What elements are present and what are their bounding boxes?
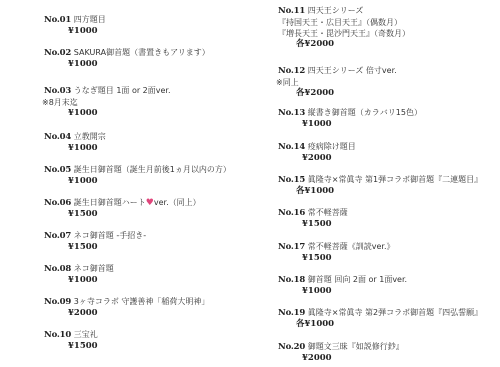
item-number: No.08 [44,264,71,274]
item-price: ¥1500 [278,219,348,230]
item-number: No.17 [278,242,305,252]
list-item: No.12 四天王シリーズ 倍寸ver. ※同上 各¥2000 [278,65,397,99]
list-item: No.17 常不軽菩薩《訓読ver.》 ¥1500 [278,241,395,264]
list-item: No.11 四天王シリーズ 『持国天王・広目天王』（偶数月） 『増長天王・毘沙門… [278,5,410,50]
item-number: No.03 [44,86,71,96]
item-price: ¥2000 [278,353,404,364]
list-item: No.13 縦書き御首題（カラバリ15色） ¥1000 [278,107,422,130]
item-number: No.10 [44,330,71,340]
item-number: No.11 [278,6,305,16]
item-price: ¥2000 [44,308,209,319]
item-title: 3ヶ寺コラボ 守護善神「稲荷大明神」 [74,297,210,306]
item-price: ¥1000 [278,286,407,297]
item-title: 四方題目 [74,15,106,24]
item-title: 眞隆寺×常眞寺 第2弾コラボ御首題『四弘誓願』 [308,308,482,317]
list-item: No.20 御題文三昧『如説修行鈔』 ¥2000 [278,341,404,364]
item-title: 常不軽菩薩 [308,208,348,217]
list-item: No.16 常不軽菩薩 ¥1500 [278,207,348,230]
item-title: 立教開宗 [74,132,106,141]
item-title: 疫病除け題目 [308,142,356,151]
item-title: 縦書き御首題（カラバリ15色） [308,108,422,117]
list-item: No.10 三宝礼 ¥1500 [44,329,98,352]
item-price: ¥1000 [44,143,106,154]
item-price: ¥1500 [44,209,201,220]
item-price: 各¥2000 [278,39,410,50]
item-title-suffix: ver.（同上） [154,198,201,207]
list-item: No.14 疫病除け題目 ¥2000 [278,141,356,164]
item-title: 御題文三昧『如説修行鈔』 [308,342,404,351]
item-number: No.20 [278,342,305,352]
item-number: No.01 [44,15,71,25]
list-item: No.03 うなぎ題目 1面 or 2面ver. ※8月末迄 ¥1000 [44,85,171,119]
item-number: No.02 [44,48,71,58]
item-number: No.13 [278,108,305,118]
item-number: No.06 [44,198,71,208]
list-item: No.02 SAKURA御首題（書置きもアリます） ¥1000 [44,47,210,70]
item-price: ¥1500 [278,253,395,264]
list-item: No.07 ネコ御首題 -手招き- ¥1500 [44,230,146,253]
item-price: ¥1000 [44,59,210,70]
item-title: うなぎ題目 1面 or 2面ver. [74,86,171,95]
item-price: ¥1000 [44,26,106,37]
item-title: ネコ御首題 [74,264,114,273]
item-title: 誕生日御首題ハート [74,198,146,207]
list-item: No.04 立教開宗 ¥1000 [44,131,106,154]
item-title: 四天王シリーズ [308,6,364,15]
item-number: No.04 [44,132,71,142]
list-item: No.15 眞隆寺×常眞寺 第1弾コラボ御首題『二連題目』 各¥1000 [278,174,482,197]
item-price: ¥1000 [44,108,171,119]
item-number: No.14 [278,142,305,152]
item-number: No.05 [44,165,71,175]
list-item: No.18 御首題 回向 2面 or 1面ver. ¥1000 [278,274,407,297]
item-title: 眞隆寺×常眞寺 第1弾コラボ御首題『二連題目』 [308,175,482,184]
item-price: 各¥1000 [278,319,482,330]
item-subline: 『増長天王・毘沙門天王』（奇数月） [278,28,410,39]
item-subline: 『持国天王・広目天王』（偶数月） [278,17,410,28]
item-price: ¥1500 [44,341,98,352]
item-price: 各¥1000 [278,186,482,197]
item-price: ¥1000 [44,176,231,187]
item-title: 常不軽菩薩《訓読ver.》 [308,242,395,251]
item-title: ネコ御首題 -手招き- [74,231,146,240]
item-price: 各¥2000 [278,88,397,99]
item-title: 御首題 回向 2面 or 1面ver. [308,275,407,284]
item-title: 四天王シリーズ 倍寸ver. [308,66,397,75]
item-number: No.12 [278,66,305,76]
item-note: ※8月末迄 [42,97,171,108]
item-title: 三宝礼 [74,330,98,339]
item-number: No.19 [278,308,305,318]
list-item: No.06 誕生日御首題ハート♥ver.（同上） ¥1500 [44,197,201,220]
item-number: No.18 [278,275,305,285]
list-item: No.09 3ヶ寺コラボ 守護善神「稲荷大明神」 ¥2000 [44,296,209,319]
item-price: ¥2000 [278,153,356,164]
item-note: ※同上 [276,77,397,88]
list-item: No.05 誕生日御首題（誕生月前後1ヵ月以内の方） ¥1000 [44,164,231,187]
item-price: ¥1000 [278,119,422,130]
item-number: No.07 [44,231,71,241]
item-price: ¥1000 [44,275,114,286]
item-number: No.15 [278,175,305,185]
list-item: No.01 四方題目 ¥1000 [44,14,106,37]
list-item: No.19 眞隆寺×常眞寺 第2弾コラボ御首題『四弘誓願』 各¥1000 [278,307,482,330]
item-number: No.09 [44,297,71,307]
item-price: ¥1500 [44,242,146,253]
item-title: 誕生日御首題（誕生月前後1ヵ月以内の方） [74,165,231,174]
item-title: SAKURA御首題（書置きもアリます） [74,48,210,57]
list-item: No.08 ネコ御首題 ¥1000 [44,263,114,286]
heart-icon: ♥ [146,198,154,208]
item-number: No.16 [278,208,305,218]
